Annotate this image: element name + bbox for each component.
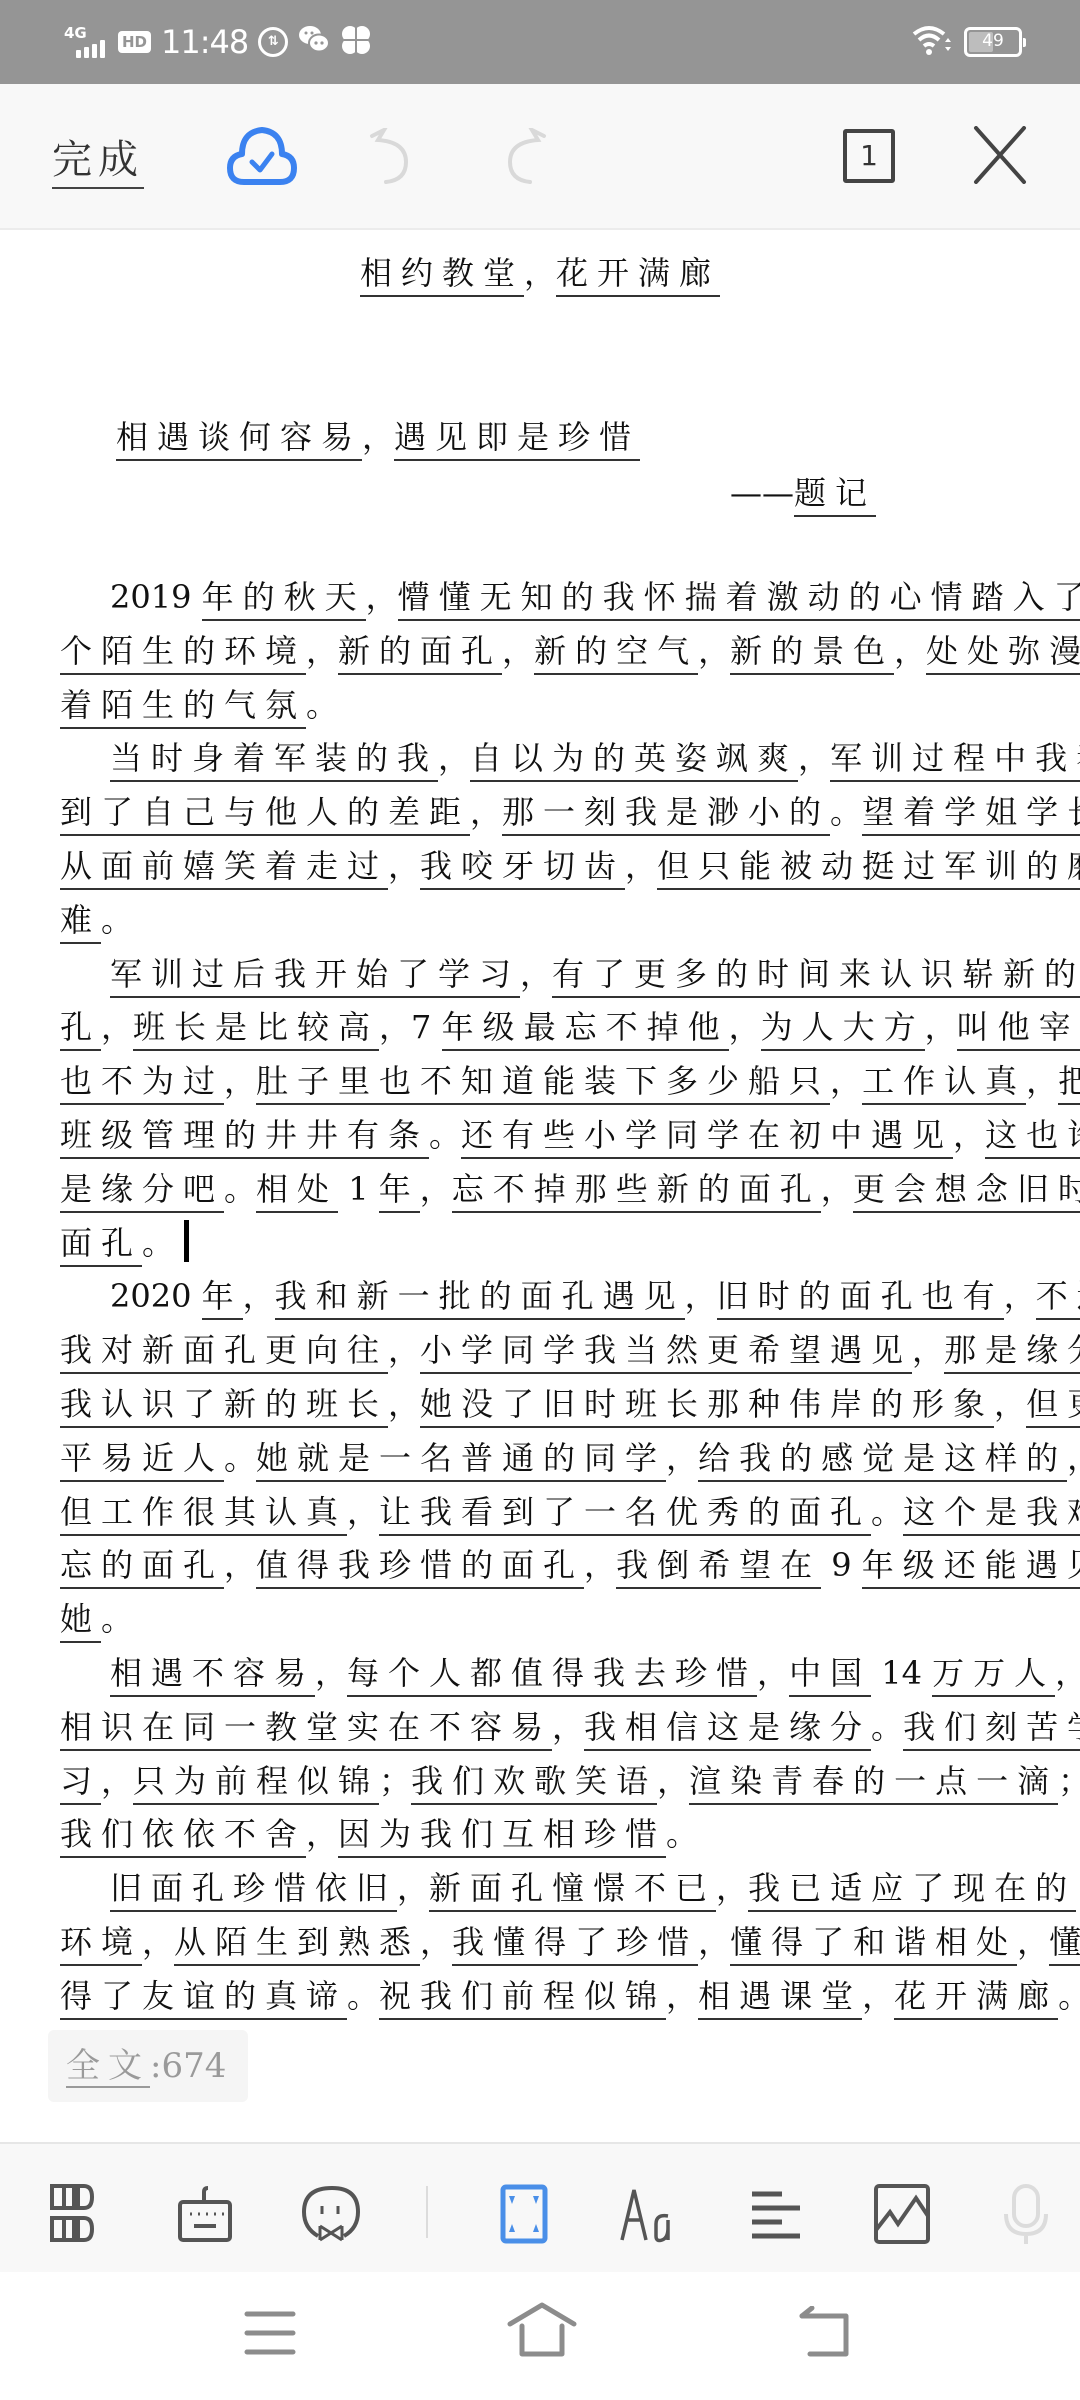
text-line[interactable]: 到了自己与他人的差距，那一刻我是渺小的。望着学姐学长 — [60, 787, 1020, 835]
plain-text: ， — [438, 739, 470, 777]
plain-text: 9 — [821, 1546, 862, 1584]
underlined-text: 懂得了和谐相处 — [730, 1923, 1017, 1966]
text-line[interactable]: 军训过后我开始了学习，有了更多的时间来认识崭新的面 — [110, 949, 1070, 997]
underlined-text: 懂 — [1049, 1923, 1080, 1966]
plain-text: 。 — [830, 793, 862, 831]
underlined-text: 把 — [1058, 1062, 1080, 1105]
underlined-text: 也不为过 — [60, 1062, 224, 1105]
underlined-text: 处处弥漫 — [926, 632, 1080, 675]
underlined-text: 相处 — [256, 1170, 338, 1213]
underlined-text: 不过 — [1036, 1277, 1080, 1320]
text-line[interactable]: 2020 年，我和新一批的面孔遇见，旧时的面孔也有，不过 — [110, 1271, 1070, 1319]
underlined-text: 这也许 — [985, 1116, 1080, 1159]
text-line[interactable]: 忘的面孔，值得我珍惜的面孔，我倒希望在 9 年级还能遇见 — [60, 1540, 1020, 1588]
underlined-text: 工作认真 — [862, 1062, 1026, 1105]
underlined-text: 渲染青春的一点一滴 — [689, 1762, 1058, 1805]
underlined-text: 叫他宰相 — [957, 1008, 1080, 1051]
editor-toolbar: 完成 1 — [0, 84, 1080, 230]
plain-text: ， — [729, 1008, 761, 1046]
plain-text: ， — [388, 1331, 420, 1369]
plain-text: ， — [306, 632, 338, 670]
underlined-text: 年级还能遇见 — [862, 1546, 1080, 1589]
underlined-text: 班级管理的井井有条 — [60, 1116, 429, 1159]
plain-text: ， — [520, 955, 552, 993]
underlined-text: 她就是一名普通的同学 — [256, 1439, 666, 1482]
underlined-text: 这个是我难 — [903, 1493, 1080, 1536]
text-line[interactable]: 她。 — [60, 1594, 1020, 1642]
underlined-text: 旧时的面孔也有 — [717, 1277, 1004, 1320]
underlined-text: 着陌生的气氛 — [60, 686, 306, 729]
underlined-text: 我们欢歌笑语 — [411, 1762, 657, 1805]
underlined-text: 有了更多的时间来认识崭新的面 — [552, 955, 1080, 998]
underlined-text: 我倒希望在 — [616, 1546, 821, 1589]
menu-icon[interactable] — [244, 2310, 296, 2360]
underlined-text: 军训过程中我看 — [830, 739, 1080, 782]
plain-text: ， — [584, 1546, 616, 1584]
format-toolbar — [0, 2142, 1080, 2274]
plain-text: ，7 — [379, 1008, 442, 1046]
underlined-text: 环境 — [60, 1923, 142, 1966]
plain-text: ， — [552, 1708, 584, 1746]
underlined-text: 我们依依不舍 — [60, 1815, 306, 1858]
underlined-text: 忘不掉那些新的面孔 — [452, 1170, 821, 1213]
underlined-text: 我和新一批的面孔遇见 — [275, 1277, 685, 1320]
plain-text: 2019 — [110, 578, 202, 616]
plain-text: ， — [366, 578, 398, 616]
underlined-text: 她没了旧时班长那种伟岸的形象 — [420, 1385, 994, 1428]
page-count-button[interactable]: 1 — [843, 129, 895, 183]
underlined-text: 相遇不容易 — [110, 1654, 315, 1697]
plain-text: ， — [315, 1654, 347, 1692]
text-line[interactable]: 得了友谊的真谛。祝我们前程似锦，相遇课堂，花开满廊。 — [60, 1971, 1020, 2019]
underlined-text: 为人大方 — [761, 1008, 925, 1051]
text-line[interactable]: 个陌生的环境，新的面孔，新的空气，新的景色，处处弥漫 — [60, 626, 1020, 674]
plain-text: ， — [306, 1815, 338, 1853]
underlined-text: 我懂得了珍惜 — [452, 1923, 698, 1966]
underlined-text: 自以为的英姿飒爽 — [470, 739, 798, 782]
plain-text: ， — [657, 1762, 689, 1800]
plain-text: ， — [224, 1546, 256, 1584]
document-title[interactable]: 相约教堂，花开满廊 — [0, 248, 1080, 296]
plain-text: ， — [1004, 1277, 1036, 1315]
plain-text: ； — [1058, 1762, 1080, 1800]
plain-text: ， — [925, 1008, 957, 1046]
plain-text: 。 — [101, 901, 133, 939]
underlined-text: 是缘分吧 — [60, 1170, 224, 1213]
plain-text: ， — [502, 632, 534, 670]
plain-text: ， — [757, 1654, 789, 1692]
plain-text: 。 — [224, 1170, 256, 1208]
text-line[interactable]: 孔，班长是比较高，7 年级最忘不掉他，为人大方，叫他宰相 — [60, 1002, 1020, 1050]
close-icon[interactable] — [972, 126, 1028, 188]
underlined-text: 新的面孔 — [338, 632, 502, 675]
underlined-text: 我对新面孔更向往 — [60, 1331, 388, 1374]
plain-text: ， — [821, 1170, 853, 1208]
text-line[interactable]: 我们依依不舍，因为我们互相珍惜。 — [60, 1809, 1020, 1857]
underlined-text: 懵懂无知的我怀揣着激动的心情踏入了一 — [398, 578, 1080, 621]
underlined-text: 年级最忘不掉他 — [442, 1008, 729, 1051]
text-line[interactable]: 习，只为前程似锦；我们欢歌笑语，渲染青春的一点一滴； — [60, 1756, 1020, 1804]
back-icon[interactable] — [798, 2306, 854, 2362]
underlined-text: 从面前嬉笑着走过 — [60, 847, 388, 890]
plain-text: 。 — [347, 1977, 379, 2015]
text-line[interactable]: 环境，从陌生到熟悉，我懂得了珍惜，懂得了和谐相处，懂 — [60, 1917, 1020, 1965]
microphone-icon[interactable] — [998, 2184, 1058, 2244]
align-icon[interactable] — [748, 2184, 808, 2244]
underlined-text: 但只能被动挺过军训的磨 — [657, 847, 1080, 890]
plain-text: ， — [698, 1923, 730, 1961]
battery-icon: 49 — [964, 27, 1022, 57]
plain-text: ， — [420, 1923, 452, 1961]
plain-text: 2020 — [110, 1277, 202, 1315]
plain-text: ， — [388, 847, 420, 885]
clock: 11:48 — [161, 23, 248, 61]
underlined-text: 个陌生的环境 — [60, 632, 306, 675]
text-line[interactable]: 面孔。 — [60, 1218, 1020, 1266]
status-bar: 4G HD 11:48 ⇅ 49 — [0, 0, 1080, 84]
sticker-icon[interactable] — [302, 2184, 362, 2244]
plain-text: ， — [420, 1170, 452, 1208]
plain-text: ， — [953, 1116, 985, 1154]
plain-text: ， — [101, 1008, 133, 1046]
plain-text: 。 — [871, 1708, 903, 1746]
underlined-text: 年 — [202, 1277, 243, 1320]
text-line[interactable]: 我对新面孔更向往，小学同学我当然更希望遇见，那是缘分。 — [60, 1325, 1020, 1373]
underlined-text: 值得我珍惜的面孔 — [256, 1546, 584, 1589]
text-cursor — [184, 1220, 189, 1262]
word-count-badge: 全文:674 — [48, 2030, 248, 2102]
plain-text: ， — [142, 1923, 174, 1961]
undo-icon[interactable] — [366, 128, 416, 192]
plain-text: 。 — [306, 686, 338, 724]
underlined-text: 年 — [379, 1170, 420, 1213]
wifi-icon — [912, 24, 952, 60]
plain-text: 。 — [224, 1439, 256, 1477]
wechat-icon — [298, 24, 330, 61]
plain-text: ， — [1017, 1923, 1049, 1961]
plain-text: ， — [625, 847, 657, 885]
text-line[interactable]: 旧面孔珍惜依旧，新面孔憧憬不已，我已适应了现在的 — [110, 1863, 1070, 1911]
underlined-text: 年的秋天 — [202, 578, 366, 621]
plain-text: ， — [666, 1439, 698, 1477]
underlined-text: 肚子里也不知道能装下多少船只 — [256, 1062, 830, 1105]
plain-text: ， — [243, 1277, 275, 1315]
plain-text: ， — [1055, 1654, 1080, 1692]
underlined-text: 忘的面孔 — [60, 1546, 224, 1589]
underlined-text: 难 — [60, 901, 101, 944]
underlined-text: 我认识了新的班长 — [60, 1385, 388, 1428]
keyboard-icon[interactable] — [176, 2184, 236, 2244]
plain-text: ， — [698, 632, 730, 670]
text-line[interactable]: 难。 — [60, 895, 1020, 943]
plain-text: 。 — [101, 1600, 133, 1638]
underlined-text: 习 — [60, 1762, 101, 1805]
text-line[interactable]: 班级管理的井井有条。还有些小学同学在初中遇见，这也许 — [60, 1110, 1020, 1158]
underlined-text: 新面孔憧憬不已 — [429, 1869, 716, 1912]
plain-text: 。 — [142, 1224, 174, 1262]
text-line[interactable]: 相识在同一教堂实在不容易，我相信这是缘分。我们刻苦学 — [60, 1702, 1020, 1750]
text-line[interactable]: 相遇不容易，每个人都值得我去珍惜，中国 14 万万人，能 — [110, 1648, 1070, 1696]
text-line[interactable]: 平易近人。她就是一名普通的同学，给我的感觉是这样的， — [60, 1433, 1020, 1481]
underlined-text: 每个人都值得我去珍惜 — [347, 1654, 757, 1697]
toolbar-divider — [426, 2186, 428, 2238]
text-line[interactable]: 是缘分吧。相处 1 年，忘不掉那些新的面孔，更会想念旧时的 — [60, 1164, 1020, 1212]
image-icon[interactable] — [872, 2184, 932, 2244]
underlined-text: 她 — [60, 1600, 101, 1643]
plain-text: 1 — [338, 1170, 379, 1208]
templates-icon[interactable] — [50, 2184, 110, 2244]
text-line[interactable]: 从面前嬉笑着走过，我咬牙切齿，但只能被动挺过军训的磨 — [60, 841, 1020, 889]
underlined-text: 万万人 — [932, 1654, 1055, 1697]
plain-text: ， — [101, 1762, 133, 1800]
plain-text: ， — [347, 1493, 379, 1531]
underlined-text: 到了自己与他人的差距 — [60, 793, 470, 836]
underlined-text: 新的景色 — [730, 632, 894, 675]
underlined-text: 新的空气 — [534, 632, 698, 675]
fullscreen-icon[interactable] — [500, 2184, 560, 2244]
plain-text: ， — [224, 1062, 256, 1100]
hd-icon: HD — [118, 31, 151, 53]
underlined-text: 因为我们互相珍惜 — [338, 1815, 666, 1858]
underlined-text: 班长是比较高 — [133, 1008, 379, 1051]
font-icon[interactable] — [620, 2184, 680, 2244]
underlined-text: 我们刻苦学 — [903, 1708, 1080, 1751]
plain-text: 14 — [871, 1654, 932, 1692]
plain-text: ， — [397, 1869, 429, 1907]
plain-text: ， — [912, 1331, 944, 1369]
epigraph[interactable]: 相遇谈何容易，遇见即是珍惜 — [116, 412, 1076, 460]
underlined-text: 小学同学我当然更希望遇见 — [420, 1331, 912, 1374]
plain-text: 。 — [666, 1815, 698, 1853]
plain-text: ， — [470, 793, 502, 831]
underlined-text: 花开满廊 — [894, 1977, 1058, 2020]
plain-text: ， — [685, 1277, 717, 1315]
epigraph-attribution[interactable]: ——题记 — [730, 468, 930, 516]
underlined-text: 给我的感觉是这样的 — [698, 1439, 1067, 1482]
underlined-text: 但工作很其认真 — [60, 1493, 347, 1536]
underlined-text: 面孔 — [60, 1224, 142, 1267]
underlined-text: 孔 — [60, 1008, 101, 1051]
underlined-text: 军训过后我开始了学习 — [110, 955, 520, 998]
underlined-text: 那一刻我是渺小的 — [502, 793, 830, 836]
plain-text: ， — [716, 1869, 748, 1907]
redo-icon[interactable] — [500, 128, 550, 192]
plain-text: ， — [798, 739, 830, 777]
plain-text: ， — [894, 632, 926, 670]
plain-text: 。 — [1058, 1977, 1080, 2015]
underlined-text: 但更 — [1026, 1385, 1080, 1428]
text-line[interactable]: 我认识了新的班长，她没了旧时班长那种伟岸的形象，但更 — [60, 1379, 1020, 1427]
underlined-text: 我相信这是缘分 — [584, 1708, 871, 1751]
underlined-text: 我已适应了现在的 — [748, 1869, 1076, 1912]
word-count-value: 674 — [161, 2046, 226, 2086]
underlined-text: 让我看到了一名优秀的面孔 — [379, 1493, 871, 1536]
data-transfer-icon: ⇅ — [258, 27, 288, 57]
plain-text: 。 — [429, 1116, 461, 1154]
underlined-text: 只为前程似锦 — [133, 1762, 379, 1805]
done-button[interactable]: 完成 — [52, 128, 144, 189]
plain-text: ， — [830, 1062, 862, 1100]
plain-text: ； — [379, 1762, 411, 1800]
home-icon[interactable] — [506, 2302, 578, 2362]
text-line[interactable]: 当时身着军装的我，自以为的英姿飒爽，军训过程中我看 — [110, 733, 1070, 781]
underlined-text: 得了友谊的真谛 — [60, 1977, 347, 2020]
text-line[interactable]: 2019 年的秋天，懵懂无知的我怀揣着激动的心情踏入了一 — [110, 572, 1070, 620]
plain-text: ， — [1026, 1062, 1058, 1100]
system-nav-bar — [0, 2272, 1080, 2400]
text-line[interactable]: 着陌生的气氛。 — [60, 680, 1020, 728]
plain-text: 。 — [871, 1493, 903, 1531]
underlined-text: 中国 — [789, 1654, 871, 1697]
underlined-text: 祝我们前程似锦 — [379, 1977, 666, 2020]
plain-text: ， — [388, 1385, 420, 1423]
plain-text: ， — [994, 1385, 1026, 1423]
signal-icon: 4G — [64, 24, 108, 60]
text-line[interactable]: 但工作很其认真，让我看到了一名优秀的面孔。这个是我难 — [60, 1487, 1020, 1535]
plain-text: ， — [1067, 1439, 1080, 1477]
underlined-text: 更会想念旧时的 — [853, 1170, 1080, 1213]
underlined-text: 我咬牙切齿 — [420, 847, 625, 890]
plain-text: ， — [666, 1977, 698, 2015]
underlined-text: 旧面孔珍惜依旧 — [110, 1869, 397, 1912]
underlined-text: 望着学姐学长 — [862, 793, 1080, 836]
underlined-text: 平易近人 — [60, 1439, 224, 1482]
cloud-saved-icon[interactable] — [226, 124, 298, 192]
underlined-text: 相遇课堂 — [698, 1977, 862, 2020]
underlined-text: 那是缘分 — [944, 1331, 1080, 1374]
underlined-text: 当时身着军装的我 — [110, 739, 438, 782]
underlined-text: 相识在同一教堂实在不容易 — [60, 1708, 552, 1751]
plain-text: ， — [862, 1977, 894, 2015]
underlined-text: 从陌生到熟悉 — [174, 1923, 420, 1966]
fan-app-icon — [340, 24, 372, 60]
underlined-text: 还有些小学同学在初中遇见 — [461, 1116, 953, 1159]
text-line[interactable]: 也不为过，肚子里也不知道能装下多少船只，工作认真，把 — [60, 1056, 1020, 1104]
